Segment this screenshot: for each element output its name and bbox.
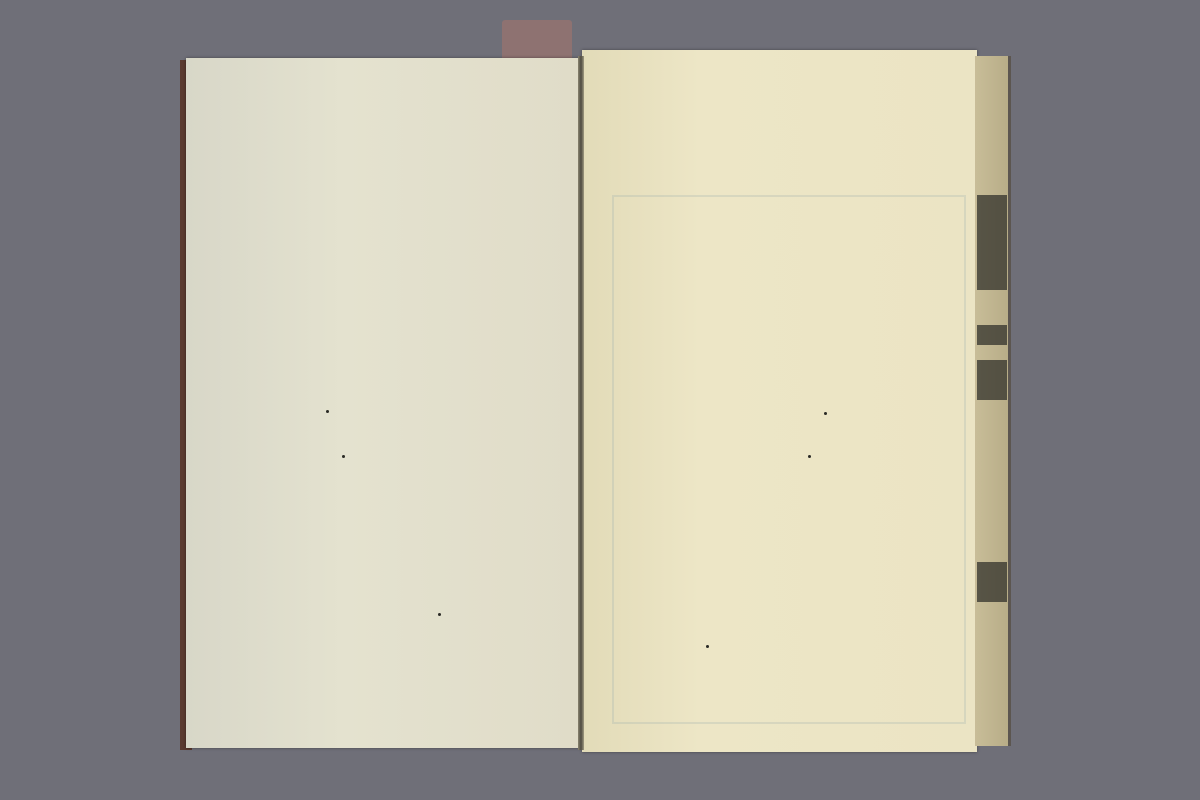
edge-ink-mark: [977, 325, 1007, 345]
show-through-frame: [612, 195, 966, 724]
binding-hole: [438, 613, 441, 616]
binding-hole: [326, 410, 329, 413]
left-page: [186, 58, 582, 748]
book-gutter: [578, 56, 584, 750]
edge-ink-mark: [977, 562, 1007, 602]
binding-hole: [706, 645, 709, 648]
edge-ink-mark: [977, 195, 1007, 290]
binding-hole: [342, 455, 345, 458]
binding-hole: [808, 455, 811, 458]
page-block-edge: [975, 56, 1011, 746]
edge-ink-mark: [977, 360, 1007, 400]
binding-hole: [824, 412, 827, 415]
